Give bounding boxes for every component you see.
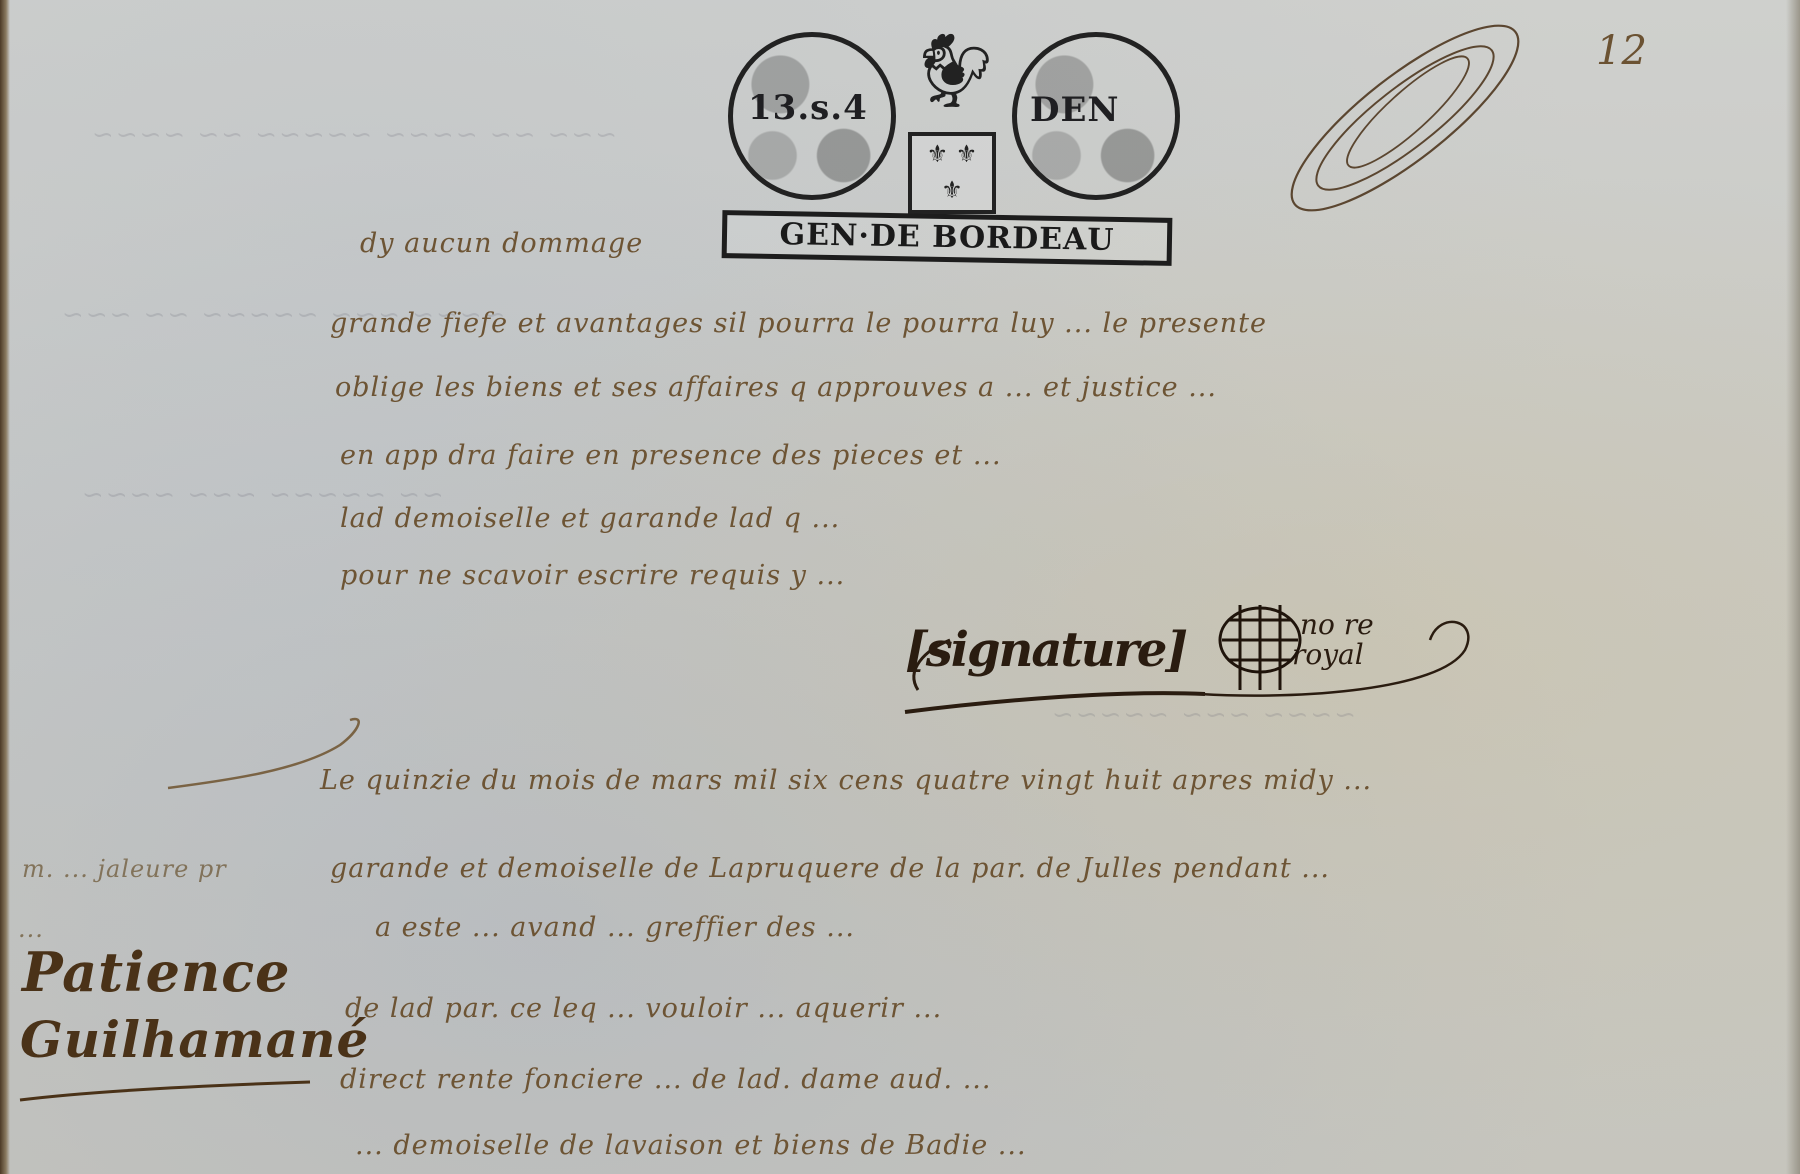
notary-title-line1: no re bbox=[1300, 610, 1374, 640]
act-line-1: Le quinzie du mois de mars mil six cens … bbox=[320, 765, 1372, 796]
folio-number: 12 bbox=[1596, 28, 1647, 74]
body-line-3: oblige les biens et ses affaires q appro… bbox=[335, 372, 1217, 403]
notary-title: no re royal bbox=[1262, 610, 1374, 670]
stamp-value: 13.s.4 bbox=[748, 88, 868, 128]
fleur-de-lis-shield-icon: ⚜ ⚜⚜ bbox=[908, 132, 996, 214]
act-line-5: direct rente fonciere ... de lad. dame a… bbox=[340, 1064, 991, 1095]
page-edge bbox=[1786, 0, 1800, 1174]
notary-title-line2: royal bbox=[1292, 640, 1374, 670]
body-line-6: pour ne scavoir escrire requis y ... bbox=[340, 560, 845, 591]
margin-note-2: ... bbox=[18, 915, 44, 943]
margin-signature-patience: Patience bbox=[22, 940, 290, 1004]
body-line-1: dy aucun dommage bbox=[360, 228, 643, 259]
body-line-2: grande fiefe et avantages sil pourra le … bbox=[330, 308, 1267, 339]
act-line-2: garande et demoiselle de Lapruquere de l… bbox=[330, 853, 1330, 884]
bleed-through-text: ~~~ ~~ ~~~~ ~~~~~ ~~ ~~~~ bbox=[90, 120, 617, 150]
notary-signature: [signature] bbox=[905, 622, 1186, 678]
body-line-4: en app dra faire en presence des pieces … bbox=[340, 440, 1002, 471]
paraph-icon bbox=[1269, 0, 1541, 237]
margin-note-1: m. ... jaleure pr bbox=[22, 855, 227, 883]
act-line-3: a este ... avand ... greffier des ... bbox=[375, 912, 855, 943]
rooster-icon: 🐓︎ bbox=[910, 34, 1001, 106]
stamp-unit: DEN bbox=[1030, 90, 1119, 130]
act-line-6: ... demoiselle de lavaison et biens de B… bbox=[355, 1130, 1027, 1161]
act-line-4: de lad par. ce leq ... vouloir ... aquer… bbox=[345, 993, 942, 1024]
tax-stamp: 13.s.4 DEN 🐓︎ ⚜ ⚜⚜ GEN·DE BORDEAU bbox=[722, 32, 1174, 262]
margin-signature-guilhamane: Guilhamané bbox=[20, 1010, 369, 1069]
bleed-through-text: ~~~~ ~~~ ~~~~~ bbox=[1050, 700, 1356, 730]
manuscript-page: ~~~ ~~ ~~~~ ~~~~~ ~~ ~~~~ ~~~~ ~~~ ~~~~~… bbox=[0, 0, 1800, 1174]
stamp-banner: GEN·DE BORDEAU bbox=[722, 210, 1173, 266]
body-line-5: lad demoiselle et garande lad q ... bbox=[340, 503, 840, 534]
binding-edge bbox=[0, 0, 10, 1174]
